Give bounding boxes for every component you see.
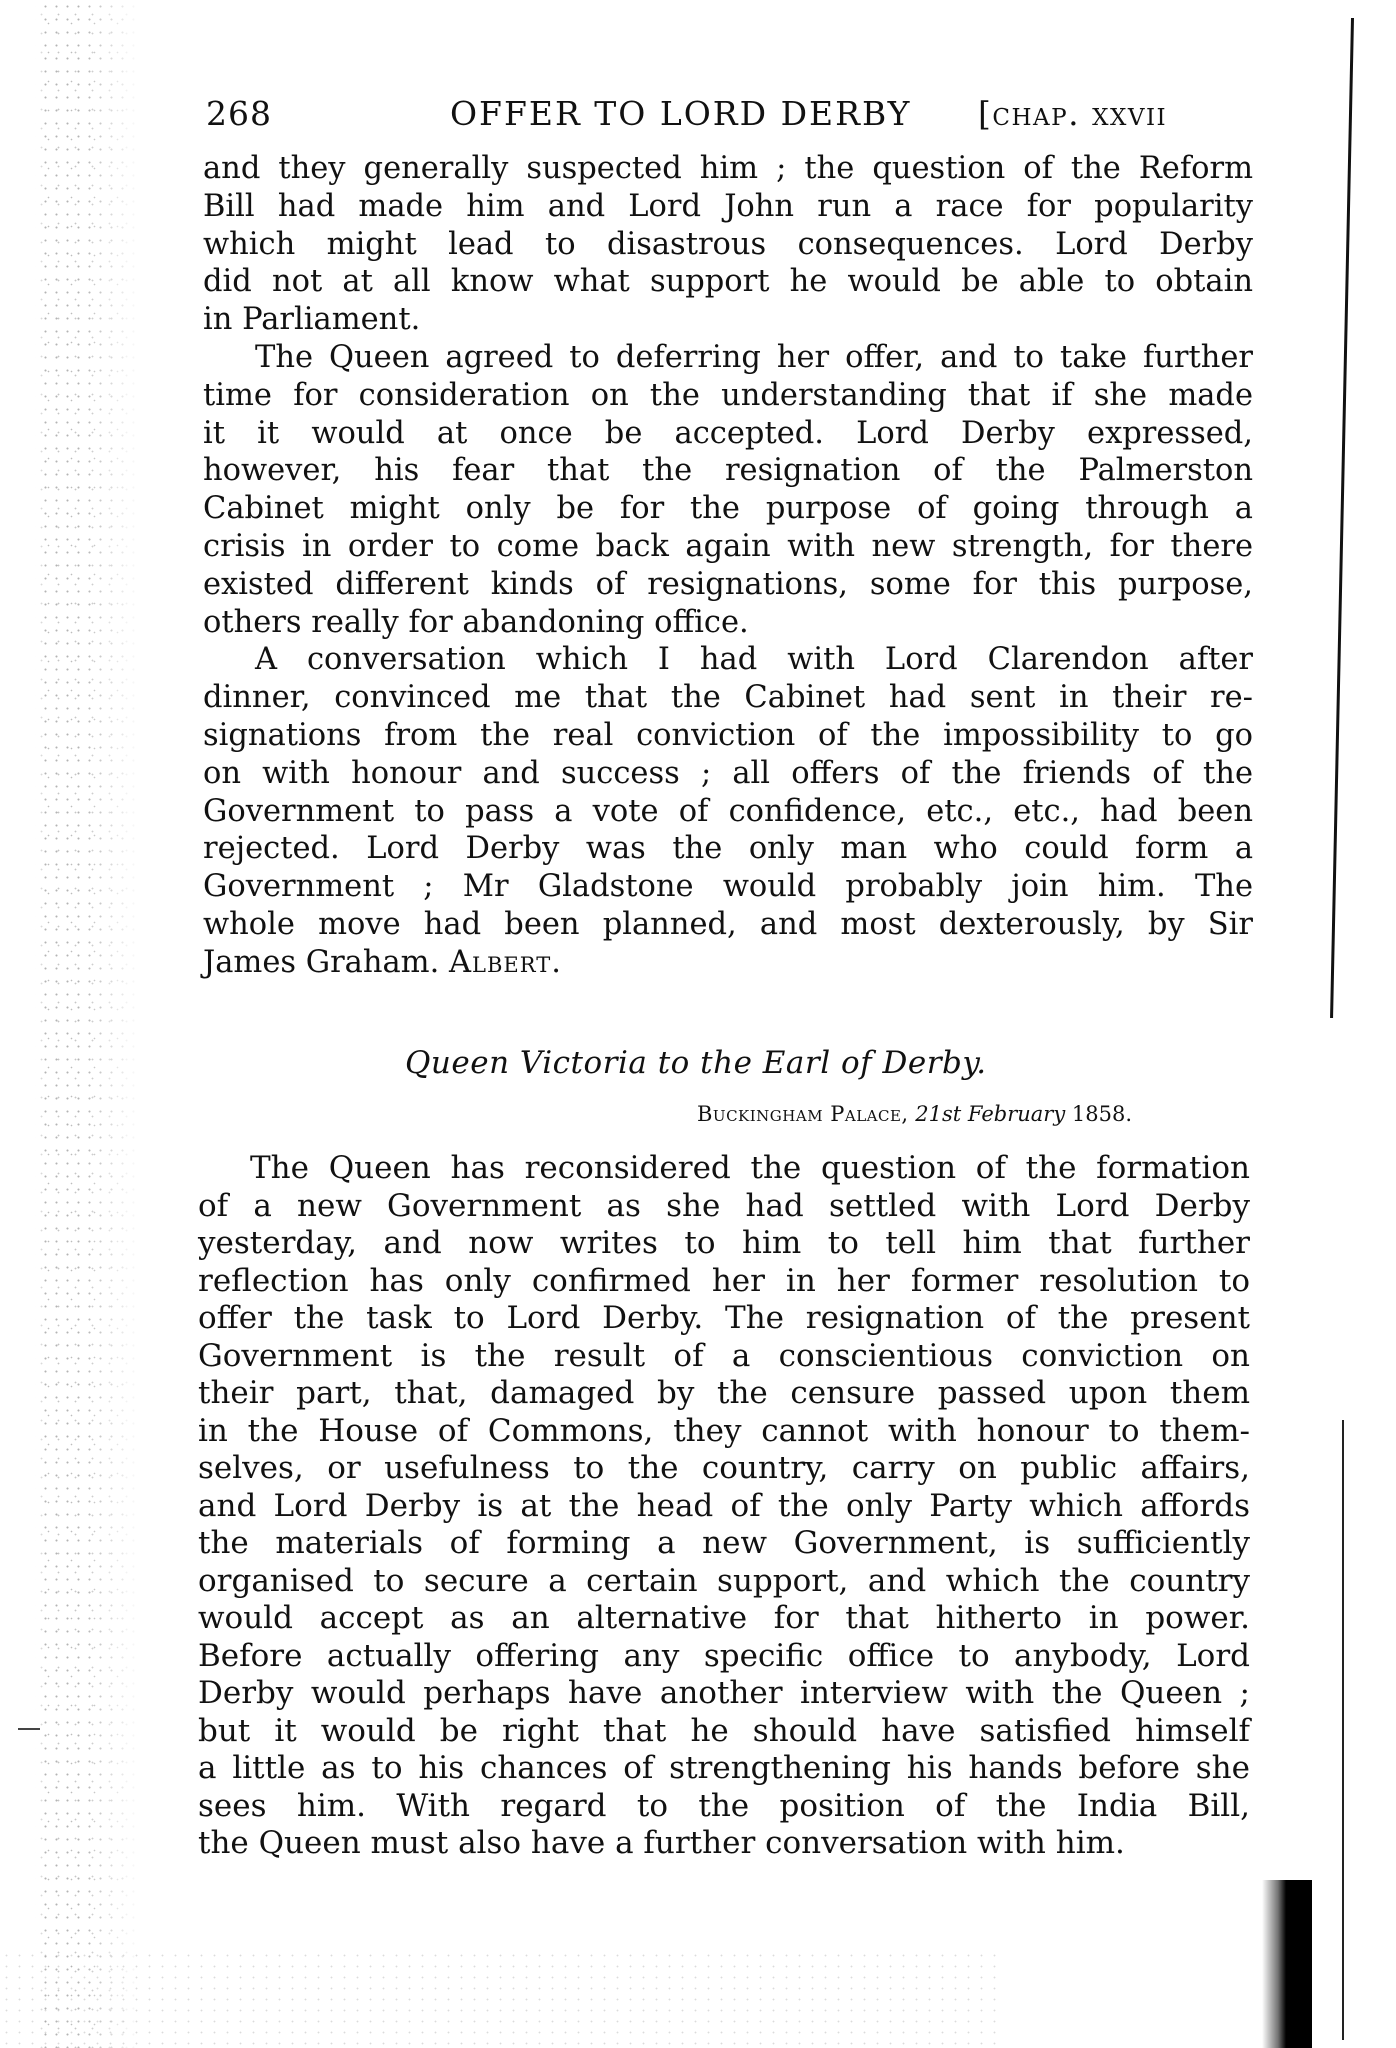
margin-mark [18,1728,40,1730]
letter-dateline: Buckingham Palace, 21st February 1858. [697,1102,1132,1126]
text-line: reflection has only confirmed her in her… [198,1263,1250,1301]
text-line: Government to pass a vote of confidence,… [203,793,1253,831]
text-line: dinner, convinced me that the Cabinet ha… [203,679,1253,717]
text-line: Government is the result of a conscienti… [198,1338,1250,1376]
text-line: The Queen agreed to deferring her offer,… [203,339,1253,377]
text-line: however, his fear that the resignation o… [203,452,1253,490]
signature-line: James Graham. Albert. [203,944,1253,982]
text-line: in Parliament. [203,301,1253,339]
letter-body: The Queen has reconsidered the question … [198,1150,1250,1863]
scan-speckle-left [0,0,190,2048]
text-line: Before actually offering any specific of… [198,1638,1250,1676]
text-line: in the House of Commons, they cannot wit… [198,1413,1250,1451]
text-line: yesterday, and now writes to him to tell… [198,1225,1250,1263]
paragraph: A conversation which I had with Lord Cla… [203,641,1253,981]
running-title: OFFER TO LORD DERBY [450,94,911,133]
paragraph: and they generally suspected him ; the q… [203,150,1253,339]
dateline-day: 21st [915,1102,961,1126]
text-line: on with honour and success ; all offers … [203,755,1253,793]
page: 268 OFFER TO LORD DERBY [chap. xxvii and… [203,90,1263,982]
signature: Albert. [449,945,567,980]
text-line: A conversation which I had with Lord Cla… [203,641,1253,679]
text-line: crisis in order to come back again with … [203,528,1253,566]
text-line: and Lord Derby is at the head of the onl… [198,1488,1250,1526]
text-line: whole move had been planned, and most de… [203,906,1253,944]
text-line: The Queen has reconsidered the question … [198,1150,1250,1188]
text-line: offer the task to Lord Derby. The resign… [198,1300,1250,1338]
text-line: it it would at once be accepted. Lord De… [203,415,1253,453]
text-line: did not at all know what support he woul… [203,263,1253,301]
text-line: which might lead to disastrous consequen… [203,226,1253,264]
binding-shadow [1262,1880,1312,2048]
text-line: Bill had made him and Lord John run a ra… [203,188,1253,226]
text-line: organised to secure a certain support, a… [198,1563,1250,1601]
scan-speckle-bottom [0,1950,1000,2048]
text-line: Government ; Mr Gladstone would probably… [203,868,1253,906]
text-line: Derby would perhaps have another intervi… [198,1675,1250,1713]
paragraph: The Queen agreed to deferring her offer,… [203,339,1253,641]
text-line: but it would be right that he should hav… [198,1713,1250,1751]
paragraph: The Queen has reconsidered the question … [198,1150,1250,1863]
chapter-label: [chap. xxvii [978,94,1167,133]
text-line: others really for abandoning office. [203,604,1253,642]
page-number: 268 [206,94,272,133]
text-line: Cabinet might only be for the purpose of… [203,490,1253,528]
text-line: the Queen must also have a further conve… [198,1825,1250,1863]
text-line: the materials of forming a new Governmen… [198,1525,1250,1563]
text-line: signations from the real conviction of t… [203,717,1253,755]
letter-heading: Queen Victoria to the Earl of Derby. [405,1045,987,1081]
text-line: existed different kinds of resignations,… [203,566,1253,604]
text-line: selves, or usefulness to the country, ca… [198,1450,1250,1488]
page-edge-line [1330,18,1354,1018]
text-line: of a new Government as she had settled w… [198,1188,1250,1226]
text-line: sees him. With regard to the position of… [198,1788,1250,1826]
text-line: rejected. Lord Derby was the only man wh… [203,830,1253,868]
text-line: and they generally suspected him ; the q… [203,150,1253,188]
running-head: 268 OFFER TO LORD DERBY [chap. xxvii [203,90,1263,150]
dateline-place: Buckingham Palace, [697,1102,909,1126]
text-line: time for consideration on the understand… [203,377,1253,415]
text-line: their part, that, damaged by the censure… [198,1375,1250,1413]
page-edge-line-lower [1342,1420,1344,2040]
text-line: would accept as an alternative for that … [198,1600,1250,1638]
text-line: James Graham. [203,945,439,980]
memo-text: and they generally suspected him ; the q… [203,150,1253,982]
text-line: a little as to his chances of strengthen… [198,1750,1250,1788]
dateline-year: 1858. [1072,1102,1132,1126]
dateline-month: February [968,1102,1065,1126]
